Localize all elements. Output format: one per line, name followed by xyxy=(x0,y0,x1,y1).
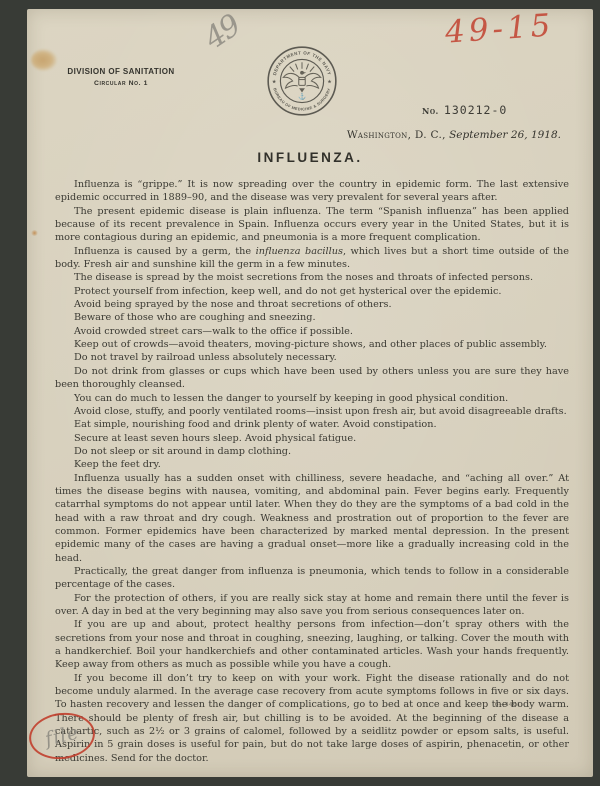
paragraph: Beware of those who are coughing and sne… xyxy=(55,311,569,324)
seal-anchor-icon: ⚓ xyxy=(298,92,306,100)
paragraph: Influenza usually has a sudden onset wit… xyxy=(55,472,569,565)
seal-eagle xyxy=(283,71,320,93)
paragraph: The disease is spread by the moist secre… xyxy=(55,271,569,284)
paragraph: Keep the feet dry. xyxy=(55,458,569,471)
document-body: Influenza is “grippe.” It is now spreadi… xyxy=(55,178,569,765)
document-number-value: 130212-0 xyxy=(444,103,507,117)
paragraph: Practically, the great danger from influ… xyxy=(55,565,569,592)
paragraph: Protect yourself from infection, keep we… xyxy=(55,285,569,298)
letterhead: DIVISION OF SANITATION Circular No. 1 xyxy=(55,67,187,87)
paragraph: Keep out of crowds—avoid theaters, movin… xyxy=(55,338,569,351)
seal-left-star-icon: ★ xyxy=(271,79,276,84)
scanned-document-page: DIVISION OF SANITATION Circular No. 1 49… xyxy=(27,9,593,777)
paragraph: If you become ill don’t try to keep on w… xyxy=(55,672,569,765)
paragraph: Secure at least seven hours sleep. Avoid… xyxy=(55,432,569,445)
navy-bureau-seal-icon: DEPARTMENT OF THE NAVY BUREAU OF MEDICIN… xyxy=(266,45,338,117)
paragraph: Do not travel by railroad unless absolut… xyxy=(55,351,569,364)
paragraph: Avoid being sprayed by the nose and thro… xyxy=(55,298,569,311)
handwritten-pencil-number: 49 xyxy=(198,8,246,56)
paragraph: The present epidemic disease is plain in… xyxy=(55,205,569,245)
document-number-label: No. xyxy=(422,106,439,116)
paragraph: Do not sleep or sit around in damp cloth… xyxy=(55,445,569,458)
paragraph: Influenza is “grippe.” It is now spreadi… xyxy=(55,178,569,205)
paragraph: Influenza is caused by a germ, the influ… xyxy=(55,245,569,272)
paragraph: Eat simple, nourishing food and drink pl… xyxy=(55,418,569,431)
paragraph: For the protection of others, if you are… xyxy=(55,592,569,619)
dateline: Washington, D. C., September 26, 1918. xyxy=(347,129,561,141)
print-code: 6—4461 xyxy=(495,702,521,708)
paragraph: Avoid crowded street cars—walk to the of… xyxy=(55,325,569,338)
dateline-date: September 26, 1918. xyxy=(449,129,561,141)
paragraph: Avoid close, stuffy, and poorly ventilat… xyxy=(55,405,569,418)
file-annotation-text: file xyxy=(43,721,82,750)
dateline-place: Washington, D. C., xyxy=(347,129,446,141)
paper-stain xyxy=(31,230,38,236)
circular-number: Circular No. 1 xyxy=(55,80,187,87)
seal-right-star-icon: ★ xyxy=(327,79,332,84)
seal-rays xyxy=(290,62,314,71)
paragraph: If you are up and about, protect healthy… xyxy=(55,618,569,671)
handwritten-red-file-number: 49-15 xyxy=(444,7,556,51)
paper-stain xyxy=(31,49,57,71)
division-name: DIVISION OF SANITATION xyxy=(55,67,187,76)
document-number: No. 130212-0 xyxy=(422,99,507,118)
page-title: INFLUENZA. xyxy=(27,150,593,165)
paragraph: Do not drink from glasses or cups which … xyxy=(55,365,569,392)
paragraph: You can do much to lessen the danger to … xyxy=(55,392,569,405)
